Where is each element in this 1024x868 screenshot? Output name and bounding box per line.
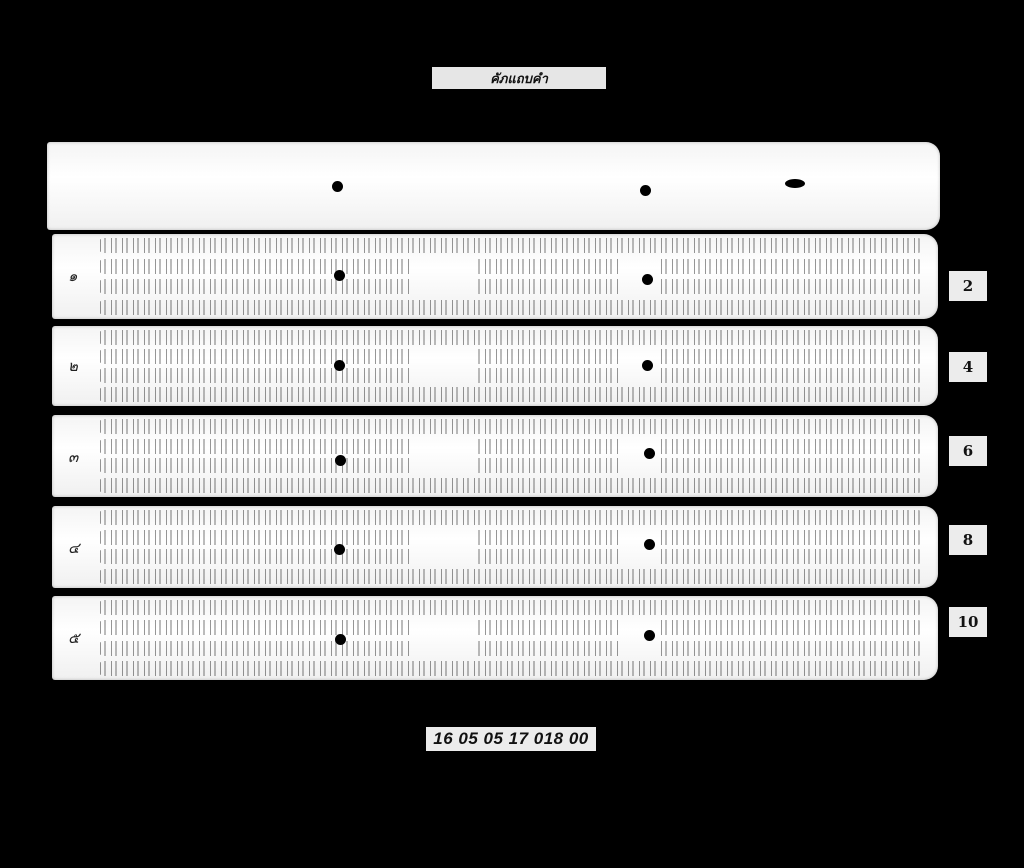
text-line: [98, 419, 924, 434]
text-line: [98, 600, 924, 615]
binding-hole-icon: [334, 270, 345, 281]
text-line: [98, 458, 924, 473]
binding-hole-icon: [642, 360, 653, 371]
binding-hole-icon: [644, 448, 655, 459]
palm-leaf-2: ๒: [52, 326, 938, 406]
binding-hole-icon: [640, 185, 651, 196]
text-line: [98, 478, 924, 493]
page-number-tag: 8: [949, 525, 987, 555]
ink-blot-icon: [785, 179, 805, 188]
page-number-tag: 6: [949, 436, 987, 466]
text-line: [98, 549, 924, 564]
title-label: คัภแถบคำ: [432, 67, 606, 89]
text-line: [98, 661, 924, 676]
text-line: [98, 620, 924, 635]
text-lines: [98, 419, 924, 493]
folio-marker: ๕: [68, 626, 79, 650]
text-lines: [98, 330, 924, 402]
binding-hole-icon: [332, 181, 343, 192]
text-lines: [98, 600, 924, 676]
text-lines: [98, 510, 924, 584]
binding-hole-icon: [644, 539, 655, 550]
binding-hole-icon: [335, 634, 346, 645]
folio-marker: ๓: [68, 445, 78, 469]
text-lines: [98, 238, 924, 315]
binding-hole-icon: [644, 630, 655, 641]
catalog-id-label: 16 05 05 17 018 00: [426, 727, 596, 751]
text-line: [98, 510, 924, 525]
palm-leaf-cover: [47, 142, 940, 230]
binding-hole-icon: [642, 274, 653, 285]
folio-marker: ๑: [68, 264, 78, 288]
palm-leaf-5: ๕: [52, 596, 938, 680]
binding-hole-icon: [334, 360, 345, 371]
text-line: [98, 349, 924, 364]
text-line: [98, 279, 924, 294]
page-number-tag: 4: [949, 352, 987, 382]
text-line: [98, 300, 924, 315]
folio-marker: ๒: [68, 354, 78, 378]
text-line: [98, 530, 924, 545]
palm-leaf-3: ๓: [52, 415, 938, 497]
text-line: [98, 259, 924, 274]
page-number-tag: 2: [949, 271, 987, 301]
text-line: [98, 330, 924, 345]
palm-leaf-4: ๔: [52, 506, 938, 588]
binding-hole-icon: [335, 455, 346, 466]
binding-hole-icon: [334, 544, 345, 555]
page-number-tag: 10: [949, 607, 987, 637]
folio-marker: ๔: [68, 536, 79, 560]
palm-leaf-1: ๑: [52, 234, 938, 319]
text-line: [98, 439, 924, 454]
text-line: [98, 569, 924, 584]
text-line: [98, 641, 924, 656]
text-line: [98, 368, 924, 383]
text-line: [98, 238, 924, 253]
text-line: [98, 387, 924, 402]
